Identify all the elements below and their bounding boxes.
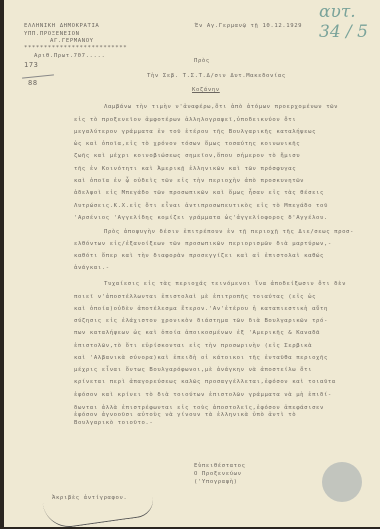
addressee-office: Τὴν Σεβ. Τ.Σ.Τ.Δ/σιν Δυτ.Μακεδονίας bbox=[147, 73, 286, 80]
body-line: μέχρις εἶναι ὄντως Βουλγαρόφωνοι,μὲ ἀνάγ… bbox=[74, 367, 312, 374]
body-line: Τυχαίεσις εἰς τὰς περιοχάς τεινόμενοι ἵν… bbox=[104, 281, 346, 288]
body-line: ἐπιστολῶν,τὸ ὅτι εὑρίσκονται εἰς τὴν προ… bbox=[74, 343, 312, 350]
document-page: αυτ. 34 / 5 ΕΛΛΗΝΙΚΗ ΔΗΜΟΚΡΑΤΙΑ ΥΠΠ.ΠΡΟΞ… bbox=[4, 0, 380, 527]
handwritten-reference: αυτ. 34 / 5 bbox=[319, 2, 380, 42]
body-line: δωνται ἀλλὰ ἐπιστρέφωνται εἰς τοὺς ἀποστ… bbox=[74, 405, 324, 412]
body-line: καὶ ὁποῖα ἐν ᾧ οὐδεὶς τῶν εἰς τὴν περιοχ… bbox=[74, 178, 304, 185]
body-line: καὶ ὁποία)οὐδὲν ἀποτέλεσμα ἕτερον.'Αν'ἑτ… bbox=[74, 306, 328, 313]
protocol-number: Αριθ.Πρωτ.707..... bbox=[34, 53, 105, 60]
body-line: Λυτρώσεις.Κ.Χ.εἰς ὅτι εἶναι ἀντιπροσωπευ… bbox=[74, 203, 328, 210]
body-line: Βουλγαρικὸ τοιοῦτο.- bbox=[74, 420, 153, 427]
header-line-2: ΥΠΠ.ΠΡΟΞΕΝΕΙΟΝ bbox=[24, 31, 80, 38]
body-line: 'Αρσένιος 'Αγγελίδης κομίζει γράμματα ὡς… bbox=[74, 215, 328, 222]
underline bbox=[22, 74, 54, 78]
body-line: ἀνάγκαι.- bbox=[74, 265, 110, 272]
body-line: Πρὸς ἀποφυγὴν δέσιν ἐπιτρέπουν ἐν τῇ περ… bbox=[104, 229, 354, 236]
sub-number: 88 bbox=[28, 80, 38, 87]
closing-title: Ο Προξενεύων bbox=[194, 471, 242, 478]
document-number: 173 bbox=[24, 62, 38, 69]
body-line: Λαμβάνω τὴν τιμὴν ν'ἀναφέρω,ὅτι ἀπὸ ἀτόμ… bbox=[104, 104, 338, 111]
stamp bbox=[322, 462, 362, 502]
addressee-to: Πρὸς bbox=[194, 58, 210, 65]
header-line-3: ΑΓ.ΓΕΡΜΑΝΟΥ bbox=[50, 38, 94, 45]
body-line: ἐφόσον ἀγνοοῦσι αὐτοὺς νὰ γίνουν τὰ ἑλλη… bbox=[74, 412, 296, 419]
closing-courtesy: Εὐπειθέστατος bbox=[194, 463, 246, 470]
body-line: καθότι ὅπερ καὶ τὴν διαφορὰν προσεγγίζει… bbox=[74, 253, 324, 260]
body-line: καὶ 'Αλβανικὰ σύνορα)καὶ ἐπειδὴ οἱ κάτοι… bbox=[74, 355, 328, 362]
body-line: ἐφόσον καὶ κρίνει τὸ διὰ τοιούτων ἐπιστο… bbox=[74, 392, 332, 399]
body-line: ὡς καὶ ὁποῖα,εἰς τὸ χρόνον τόσων ὅμως το… bbox=[74, 141, 300, 148]
addressee-city: Κοζάνην bbox=[192, 87, 220, 94]
body-line: ἀδελφοὶ εἰς Μπεγάδο τῶν προσωπικῶν καὶ ὅ… bbox=[74, 190, 324, 197]
body-line: ελθόντων εἰς/ἐξανοίξεων τῶν προσωπικῶν π… bbox=[74, 241, 332, 248]
header-line-1: ΕΛΛΗΝΙΚΗ ΔΗΜΟΚΡΑΤΙΑ bbox=[24, 23, 99, 30]
body-line: ποιεῖ ν'ἀποστέλλωνται ἐπιστολαὶ μὲ ἐπιτρ… bbox=[74, 294, 316, 301]
body-line: τῆς ἐν Κοινότητι καὶ Ἀμερικῇ ἐλληνικῶν κ… bbox=[74, 166, 296, 173]
header-dashes: ************************** bbox=[24, 45, 127, 52]
body-line: σύζησις εἰς ἐλάχιστον χρονικὸν διάστημα … bbox=[74, 318, 328, 325]
closing-name: ('Υπογραφὴ) bbox=[194, 479, 238, 486]
body-line: ζωῆς καὶ μέχρι κοινοβιώσεως σημεῖον,ὅπου… bbox=[74, 153, 300, 160]
body-line: εἰς τὸ προξενεῖον ἀμφοτέρων ἀλληλογραφεῖ… bbox=[74, 117, 296, 124]
body-line: μεγαλύτερον γράμματα ἐν τοῦ ἑτέρου τῆς Β… bbox=[74, 129, 316, 136]
body-line: πων καταλήψεων ὡς καὶ ὁποία ἀποικοσμένων… bbox=[74, 330, 320, 337]
body-line: κρίνεται περὶ ἀπαγορεύσεως καλῶς προσαγγ… bbox=[74, 379, 336, 386]
place-date: Έν Αγ.Γερμανῷ τῇ 10.12.1929 bbox=[195, 23, 302, 30]
